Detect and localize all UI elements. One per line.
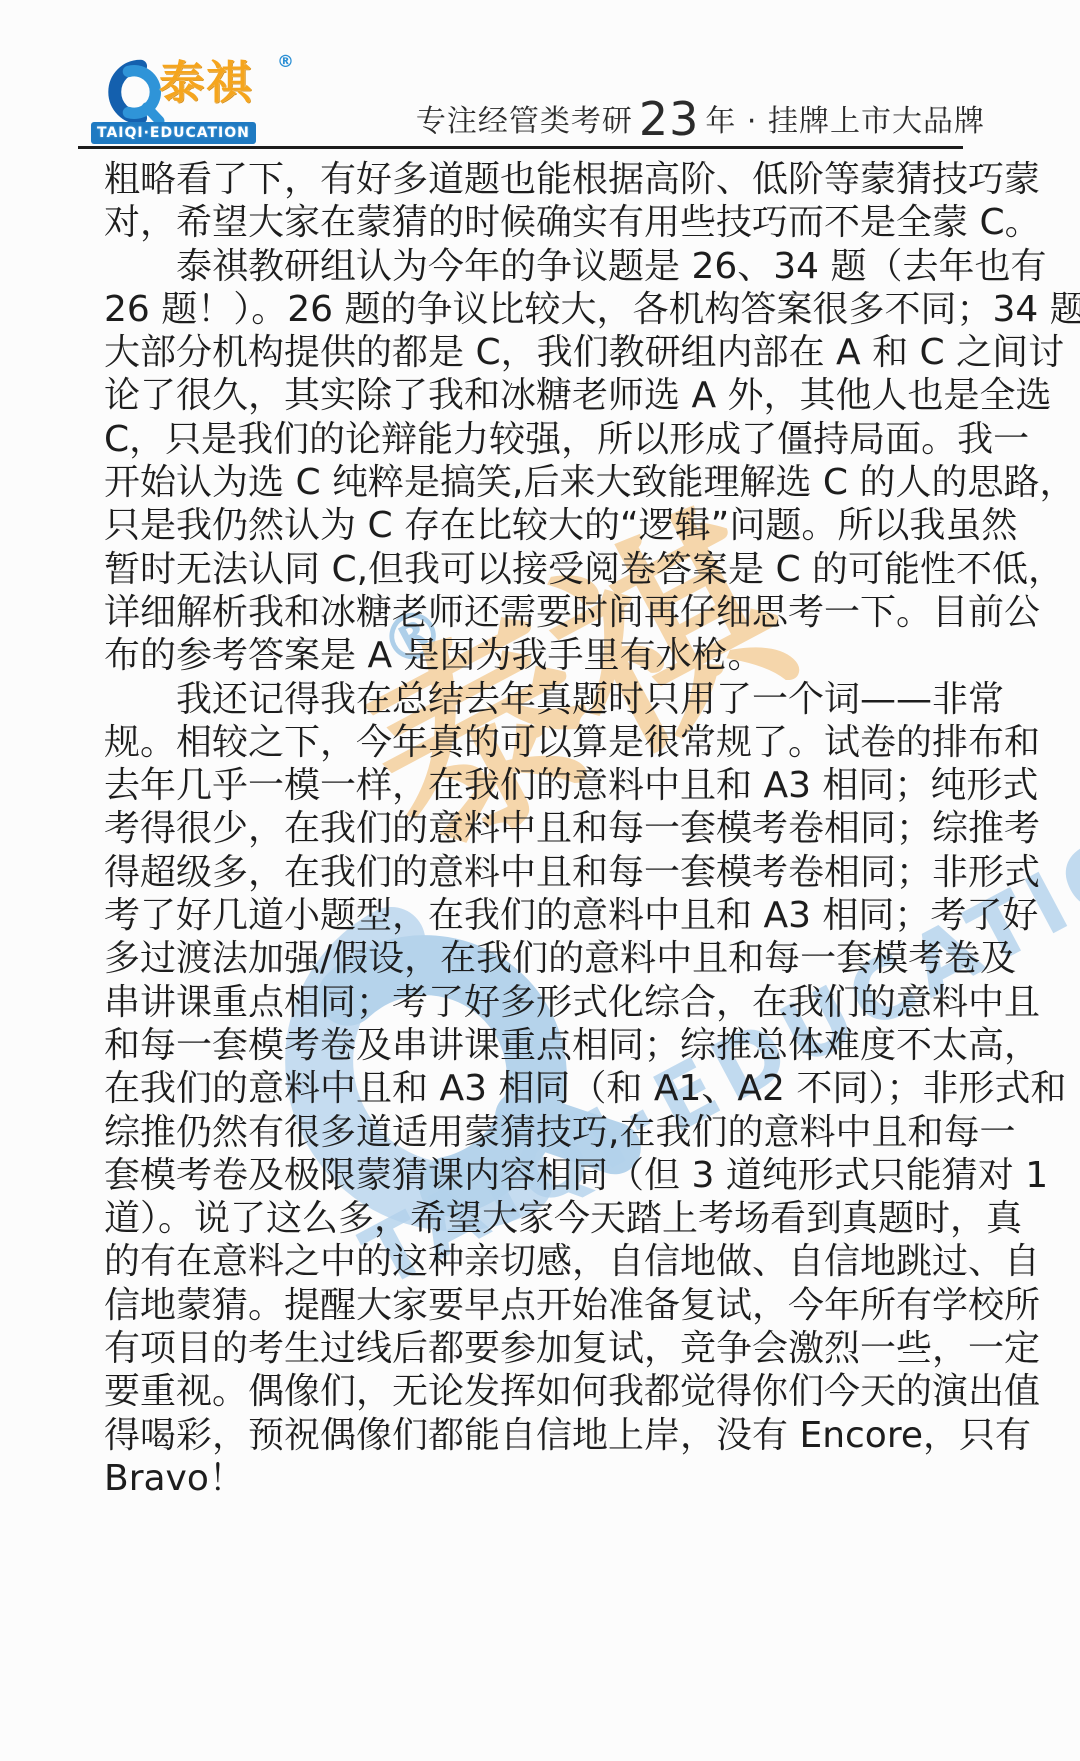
text-line: 道）。说了这么多，希望大家今天踏上考场看到真题时，真 [104,1197,968,1240]
text-line: 26 题！）。26 题的争议比较大，各机构答案很多不同；34 题 [104,288,968,331]
text-line: Bravo！ [104,1457,968,1500]
header-tagline: 专注经管类考研23年 · 挂牌上市大品牌 [416,96,985,140]
text-line: 和每一套模考卷及串讲课重点相同；综推总体难度不太高， [104,1024,968,1067]
registered-icon: ® [277,52,294,72]
paragraph: 粗略看了下，有好多道题也能根据高阶、低阶等蒙猜技巧蒙对，希望大家在蒙猜的时候确实… [104,158,968,245]
text-line: 对，希望大家在蒙猜的时候确实有用些技巧而不是全蒙 C。 [104,201,968,244]
text-line: 粗略看了下，有好多道题也能根据高阶、低阶等蒙猜技巧蒙 [104,158,968,201]
tagline-suffix: 年 · 挂牌上市大品牌 [705,104,985,139]
text-line: 在我们的意料中且和 A3 相同（和 A1、A2 不同）；非形式和 [104,1067,968,1110]
text-line: 规。相较之下，今年真的可以算是很常规了。试卷的排布和 [104,721,968,764]
document-page: ® 泰祺 TAIQI·EDUCATION 泰祺 ® TAIQI·EDUCATIO… [0,0,1080,1761]
text-line: 多过渡法加强/假设，在我们的意料中且和每一套模考卷及 [104,937,968,980]
text-line: 的有在意料之中的这种亲切感，自信地做、自信地跳过、自 [104,1240,968,1283]
text-line: 有项目的考生过线后都要参加复试，竞争会激烈一些，一定 [104,1327,968,1370]
tagline-prefix: 专注经管类考研 [416,104,633,139]
text-line: 暂时无法认同 C,但我可以接受阅卷答案是 C 的可能性不低， [104,548,968,591]
header-divider [78,146,963,149]
paragraph: 我还记得我在总结去年真题时只用了一个词——非常规。相较之下，今年真的可以算是很常… [104,678,968,1501]
article: 粗略看了下，有好多道题也能根据高阶、低阶等蒙猜技巧蒙对，希望大家在蒙猜的时候确实… [104,158,968,1500]
brand-name-en: TAIQI·EDUCATION [91,122,256,144]
text-line: 布的参考答案是 A 是因为我手里有水枪。 [104,634,968,677]
text-line: 得喝彩，预祝偶像们都能自信地上岸，没有 Encore，只有 [104,1414,968,1457]
text-line: 信地蒙猜。提醒大家要早点开始准备复试，今年所有学校所 [104,1284,968,1327]
text-line: 泰祺教研组认为今年的争议题是 26、34 题（去年也有 [104,245,968,288]
text-line: 综推仍然有很多道适用蒙猜技巧,在我们的意料中且和每一 [104,1111,968,1154]
text-line: 得超级多，在我们的意料中且和每一套模考卷相同；非形式 [104,851,968,894]
text-line: 论了很久，其实除了我和冰糖老师选 A 外，其他人也是全选 [104,374,968,417]
text-line: 套模考卷及极限蒙猜课内容相同（但 3 道纯形式只能猜对 1 [104,1154,968,1197]
brand-name-cn: 泰祺 [159,60,253,105]
text-line: 考得很少，在我们的意料中且和每一套模考卷相同；综推考 [104,807,968,850]
tagline-years: 23 [639,92,700,146]
text-line: 只是我仍然认为 C 存在比较大的“逻辑”问题。所以我虽然 [104,504,968,547]
text-line: 串讲课重点相同；考了好多形式化综合，在我们的意料中且 [104,981,968,1024]
text-line: 要重视。偶像们，无论发挥如何我都觉得你们今天的演出值 [104,1370,968,1413]
text-line: 考了好几道小题型，在我们的意料中且和 A3 相同；考了好 [104,894,968,937]
text-line: 我还记得我在总结去年真题时只用了一个词——非常 [104,678,968,721]
text-line: 详细解析我和冰糖老师还需要时间再仔细思考一下。目前公 [104,591,968,634]
text-line: C，只是我们的论辩能力较强，所以形成了僵持局面。我一 [104,418,968,461]
text-line: 去年几乎一模一样，在我们的意料中且和 A3 相同；纯形式 [104,764,968,807]
text-line: 开始认为选 C 纯粹是搞笑,后来大致能理解选 C 的人的思路， [104,461,968,504]
text-line: 大部分机构提供的都是 C，我们教研组内部在 A 和 C 之间讨 [104,331,968,374]
brand-logo: 泰祺 ® TAIQI·EDUCATION [95,58,305,144]
paragraph: 泰祺教研组认为今年的争议题是 26、34 题（去年也有26 题！）。26 题的争… [104,245,968,678]
